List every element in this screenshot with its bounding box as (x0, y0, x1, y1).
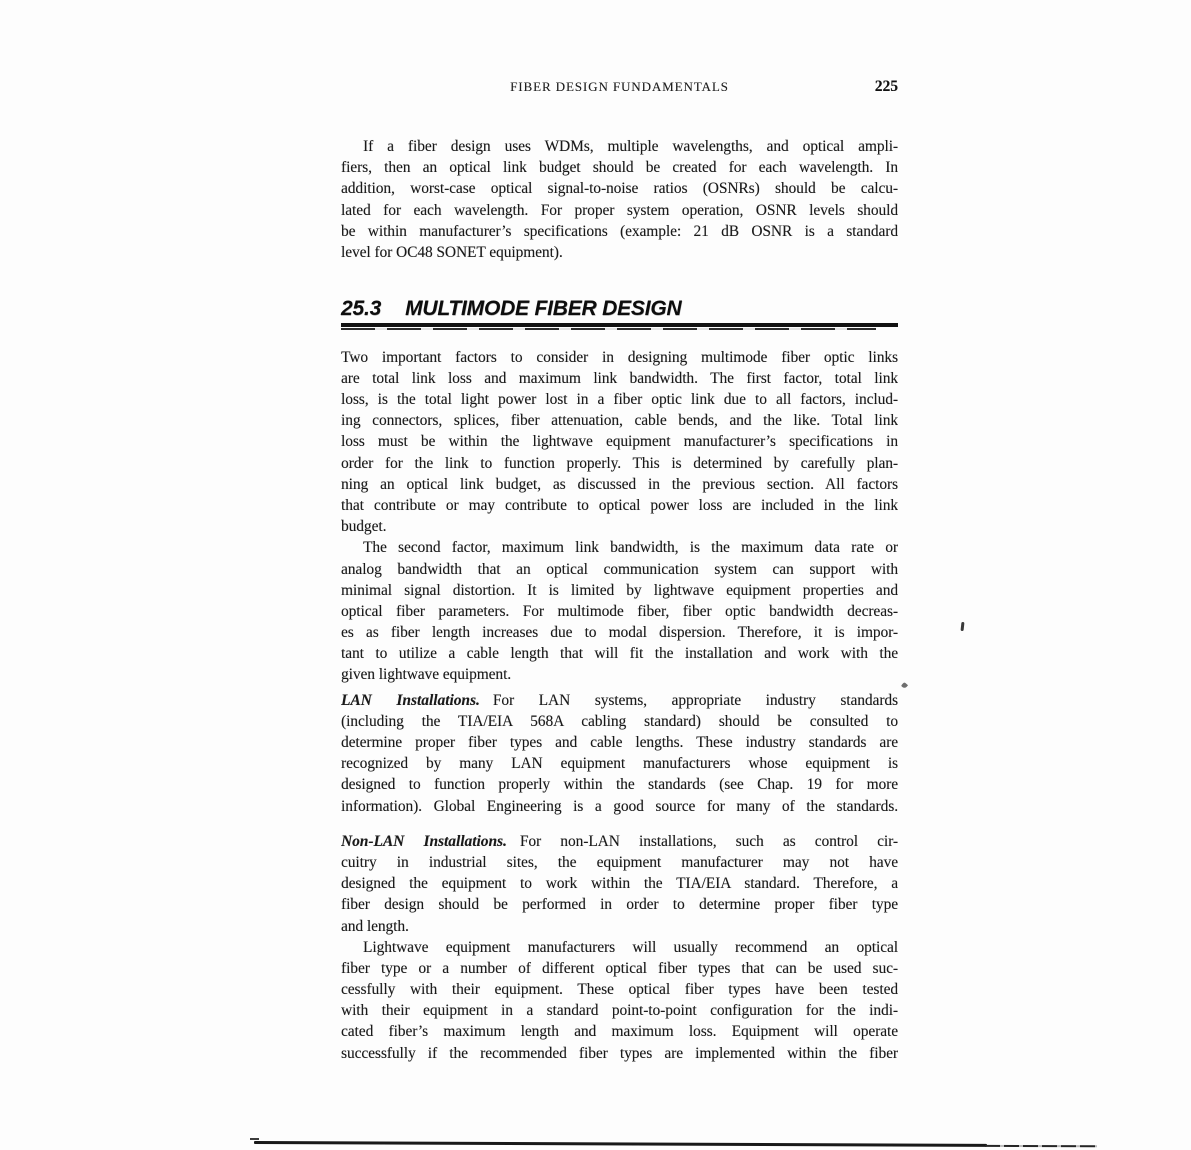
text-line: are total link loss and maximum link ban… (341, 368, 898, 389)
section-underline-main (341, 323, 898, 327)
text-line: fiers, then an optical link budget shoul… (341, 157, 898, 178)
text-line: minimal signal distortion. It is limited… (341, 580, 898, 601)
text-line: lated for each wavelength. For proper sy… (341, 200, 898, 221)
text-line: budget. (341, 516, 898, 537)
run-in-heading: LAN Installations. (341, 692, 480, 709)
bottom-rule-tail (985, 1144, 1097, 1147)
text-line: order for the link to function properly.… (341, 453, 898, 474)
paragraph-osnr: If a fiber design uses WDMs, multiple wa… (341, 136, 898, 263)
section-underline (341, 323, 898, 330)
bottom-rule-tick (250, 1138, 259, 1140)
running-head-title: FIBER DESIGN FUNDAMENTALS (341, 79, 898, 95)
page-number: 225 (875, 78, 898, 96)
text-line: successfully if the recommended fiber ty… (341, 1043, 898, 1064)
text-line: recognized by many LAN equipment manufac… (341, 753, 898, 774)
section-title: MULTIMODE FIBER DESIGN (405, 297, 681, 320)
text-line: cated fiber’s maximum length and maximum… (341, 1021, 898, 1042)
paragraph-lan-installations: LAN Installations.For LAN systems, appro… (341, 690, 898, 817)
page-bottom-rule (250, 1138, 1100, 1149)
text-line: ning an optical link budget, as discusse… (341, 474, 898, 495)
text-line: Non-LAN Installations.For non-LAN instal… (341, 831, 898, 852)
text-line: information). Global Engineering is a go… (341, 796, 898, 817)
text-line: fiber type or a number of different opti… (341, 958, 898, 979)
text-line: The second factor, maximum link bandwidt… (341, 537, 898, 558)
section-underline-echo (341, 328, 876, 330)
bottom-rule-main (254, 1141, 987, 1147)
text-line: loss, is the total light power lost in a… (341, 389, 898, 410)
text-line: designed to function properly within the… (341, 774, 898, 795)
text-line: es as fiber length increases due to moda… (341, 622, 898, 643)
section-heading: 25.3MULTIMODE FIBER DESIGN (341, 297, 898, 330)
text-line: with their equipment in a standard point… (341, 1000, 898, 1021)
text-line: If a fiber design uses WDMs, multiple wa… (341, 136, 898, 157)
text-line: determine proper fiber types and cable l… (341, 732, 898, 753)
scan-speck-icon (961, 622, 964, 631)
text-line: Lightwave equipment manufacturers will u… (341, 937, 898, 958)
paragraph-nonlan-installations: Non-LAN Installations.For non-LAN instal… (341, 831, 898, 937)
text-line: cuitry in industrial sites, the equipmen… (341, 852, 898, 873)
text-line: ing connectors, splices, fiber attenuati… (341, 410, 898, 431)
text-line: optical fiber parameters. For multimode … (341, 601, 898, 622)
section-heading-text: 25.3MULTIMODE FIBER DESIGN (341, 297, 898, 321)
text-line: be within manufacturer’s specifications … (341, 221, 898, 242)
text-line: loss must be within the lightwave equipm… (341, 431, 898, 452)
text-line: that contribute or may contribute to opt… (341, 495, 898, 516)
text-line: and length. (341, 916, 898, 937)
run-in-heading: Non-LAN Installations. (341, 833, 507, 850)
paragraph-max-bandwidth: The second factor, maximum link bandwidt… (341, 537, 898, 685)
book-page: FIBER DESIGN FUNDAMENTALS 225 If a fiber… (0, 0, 1191, 1150)
text-line: level for OC48 SONET equipment). (341, 242, 898, 263)
paragraph-recommended-fiber: Lightwave equipment manufacturers will u… (341, 937, 898, 1064)
text-line: (including the TIA/EIA 568A cabling stan… (341, 711, 898, 732)
text-line: LAN Installations.For LAN systems, appro… (341, 690, 898, 711)
text-line: tant to utilize a cable length that will… (341, 643, 898, 664)
section-number: 25.3 (341, 297, 381, 321)
text-column: If a fiber design uses WDMs, multiple wa… (341, 136, 898, 1064)
text-line: given lightwave equipment. (341, 664, 898, 685)
scan-speck-icon (901, 682, 908, 689)
text-line: fiber design should be performed in orde… (341, 894, 898, 915)
text-line: addition, worst-case optical signal-to-n… (341, 178, 898, 199)
text-line: designed the equipment to work within th… (341, 873, 898, 894)
paragraph-total-link-loss: Two important factors to consider in des… (341, 347, 898, 538)
text-line: cessfully with their equipment. These op… (341, 979, 898, 1000)
text-line: analog bandwidth that an optical communi… (341, 559, 898, 580)
text-line: Two important factors to consider in des… (341, 347, 898, 368)
running-head: FIBER DESIGN FUNDAMENTALS 225 (341, 78, 898, 98)
